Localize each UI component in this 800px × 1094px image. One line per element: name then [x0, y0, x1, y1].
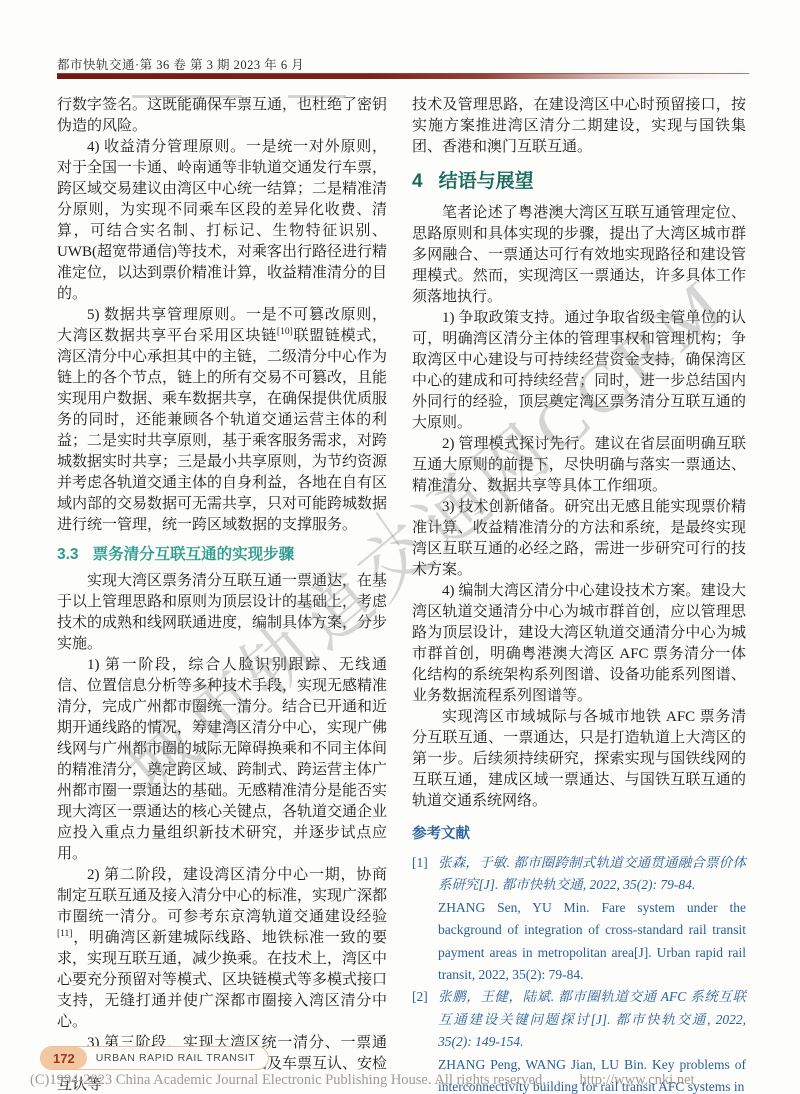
paper-page: 都市快轨交通·第 36 卷 第 3 期 2023 年 6 月 行数字签名。这既能… [0, 0, 800, 1094]
paragraph-stage-1: 1) 第一阶段，综合人脸识别跟踪、无线通信、位置信息分析等多种技术手段，实现无感… [57, 655, 387, 865]
header-rule [57, 73, 749, 79]
page-number: 172 [41, 1047, 87, 1069]
reference-label: [2] [412, 986, 428, 1008]
paragraph-outlook-2: 2) 管理模式探讨先行。建议在省层面明确互联互通大原则的前提下，尽快明确与落实一… [412, 434, 746, 497]
copyright-line: (C)1994-2023 China Academic Journal Elec… [30, 1072, 790, 1089]
paragraph-principle-4: 4) 收益清分管理原则。一是统一对外原则，对于全国一卡通、岭南通等非轨道交通发行… [57, 137, 387, 305]
reference-text-zh: 张森，于敏. 都市圈跨制式轨道交通贯通融合票价体系研究[J]. 都市快轨交通, … [438, 852, 746, 897]
section-number: 3.3 [57, 546, 79, 563]
chapter-heading-4: 4结语与展望 [412, 169, 746, 195]
paragraph-principle-5: 5) 数据共享管理原则。一是不可篡改原则，大湾区数据共享平台采用区块链[10]联… [57, 305, 387, 536]
paragraph-outlook-1: 1) 争取政策支持。通过争取省级主管单位的认可，明确湾区清分主体的管理事权和管理… [412, 308, 746, 434]
paragraph-text: ，明确湾区新建城际线路、地铁标准一致的要求，实现互联互通，减少换乘。在技术上，湾… [57, 930, 387, 1030]
paragraph-closing: 实现湾区市域城际与各城市地铁 AFC 票务清分互联互通、一票通达，只是打造轨道上… [412, 707, 746, 812]
journal-name-en: URBAN RAPID RAIL TRANSIT [87, 1047, 269, 1069]
citation-10: [10] [277, 327, 293, 337]
cnki-url: http://www.cnki.net [580, 1072, 695, 1088]
paragraph-steps-intro: 实现大湾区票务清分互联互通一票通达，在基于以上管理思路和原则为顶层设计的基础上，… [57, 571, 387, 655]
paragraph-continuation: 技术及管理思路，在建设湾区中心时预留接口，按实施方案推进湾区清分二期建设，实现与… [412, 95, 746, 158]
section-heading-3-3: 3.3票务清分互联互通的实现步骤 [57, 544, 387, 566]
copyright-text: (C)1994-2023 China Academic Journal Elec… [30, 1072, 546, 1088]
paragraph-outlook-3: 3) 技术创新储备。研究出无感且能实现票价精准计算、收益精准清分的方法和系统，是… [412, 497, 746, 581]
journal-header: 都市快轨交通·第 36 卷 第 3 期 2023 年 6 月 [57, 55, 304, 73]
scan-artifact [288, 95, 346, 98]
right-column: 技术及管理思路，在建设湾区中心时预留接口，按实施方案推进湾区清分二期建设，实现与… [412, 95, 746, 1094]
reference-label: [1] [412, 852, 428, 874]
paragraph-text: 联盟链模式，湾区清分中心承担其中的主链，二级清分中心作为链上的各个节点，链上的所… [57, 328, 387, 533]
paragraph-text: 2) 第二阶段，建设湾区清分中心一期，协商制定互联互通及接入清分中心的标准，实现… [57, 867, 387, 925]
paragraph-continuation: 行数字签名。这既能确保车票互通，也杜绝了密钥伪造的风险。 [57, 95, 387, 137]
section-title: 票务清分互联互通的实现步骤 [93, 546, 295, 563]
citation-11: [11] [57, 929, 72, 939]
left-column: 行数字签名。这既能确保车票互通，也杜绝了密钥伪造的风险。 4) 收益清分管理原则… [57, 95, 387, 1094]
paragraph-summary: 笔者论述了粤港澳大湾区互联互通管理定位、思路原则和具体实现的步骤，提出了大湾区城… [412, 203, 746, 308]
reference-text-en: ZHANG Sen, YU Min. Fare system under the… [438, 897, 746, 987]
paragraph-stage-2: 2) 第二阶段，建设湾区清分中心一期，协商制定互联互通及接入清分中心的标准，实现… [57, 865, 387, 1033]
page-footer-badge: 172 URBAN RAPID RAIL TRANSIT [40, 1046, 269, 1070]
chapter-number: 4 [412, 171, 423, 192]
scan-artifact [132, 95, 242, 98]
chapter-title: 结语与展望 [439, 171, 534, 192]
references-heading: 参考文献 [412, 824, 746, 844]
paragraph-outlook-4: 4) 编制大湾区清分中心建设技术方案。建设大湾区轨道交通清分中心为城市群首创，应… [412, 581, 746, 707]
reference-text-zh: 张鹏，王健，陆斌. 都市圈轨道交通 AFC 系统互联互通建设关键问题探讨[J].… [438, 986, 746, 1053]
reference-item-1: [1] 张森，于敏. 都市圈跨制式轨道交通贯通融合票价体系研究[J]. 都市快轨… [412, 852, 746, 986]
